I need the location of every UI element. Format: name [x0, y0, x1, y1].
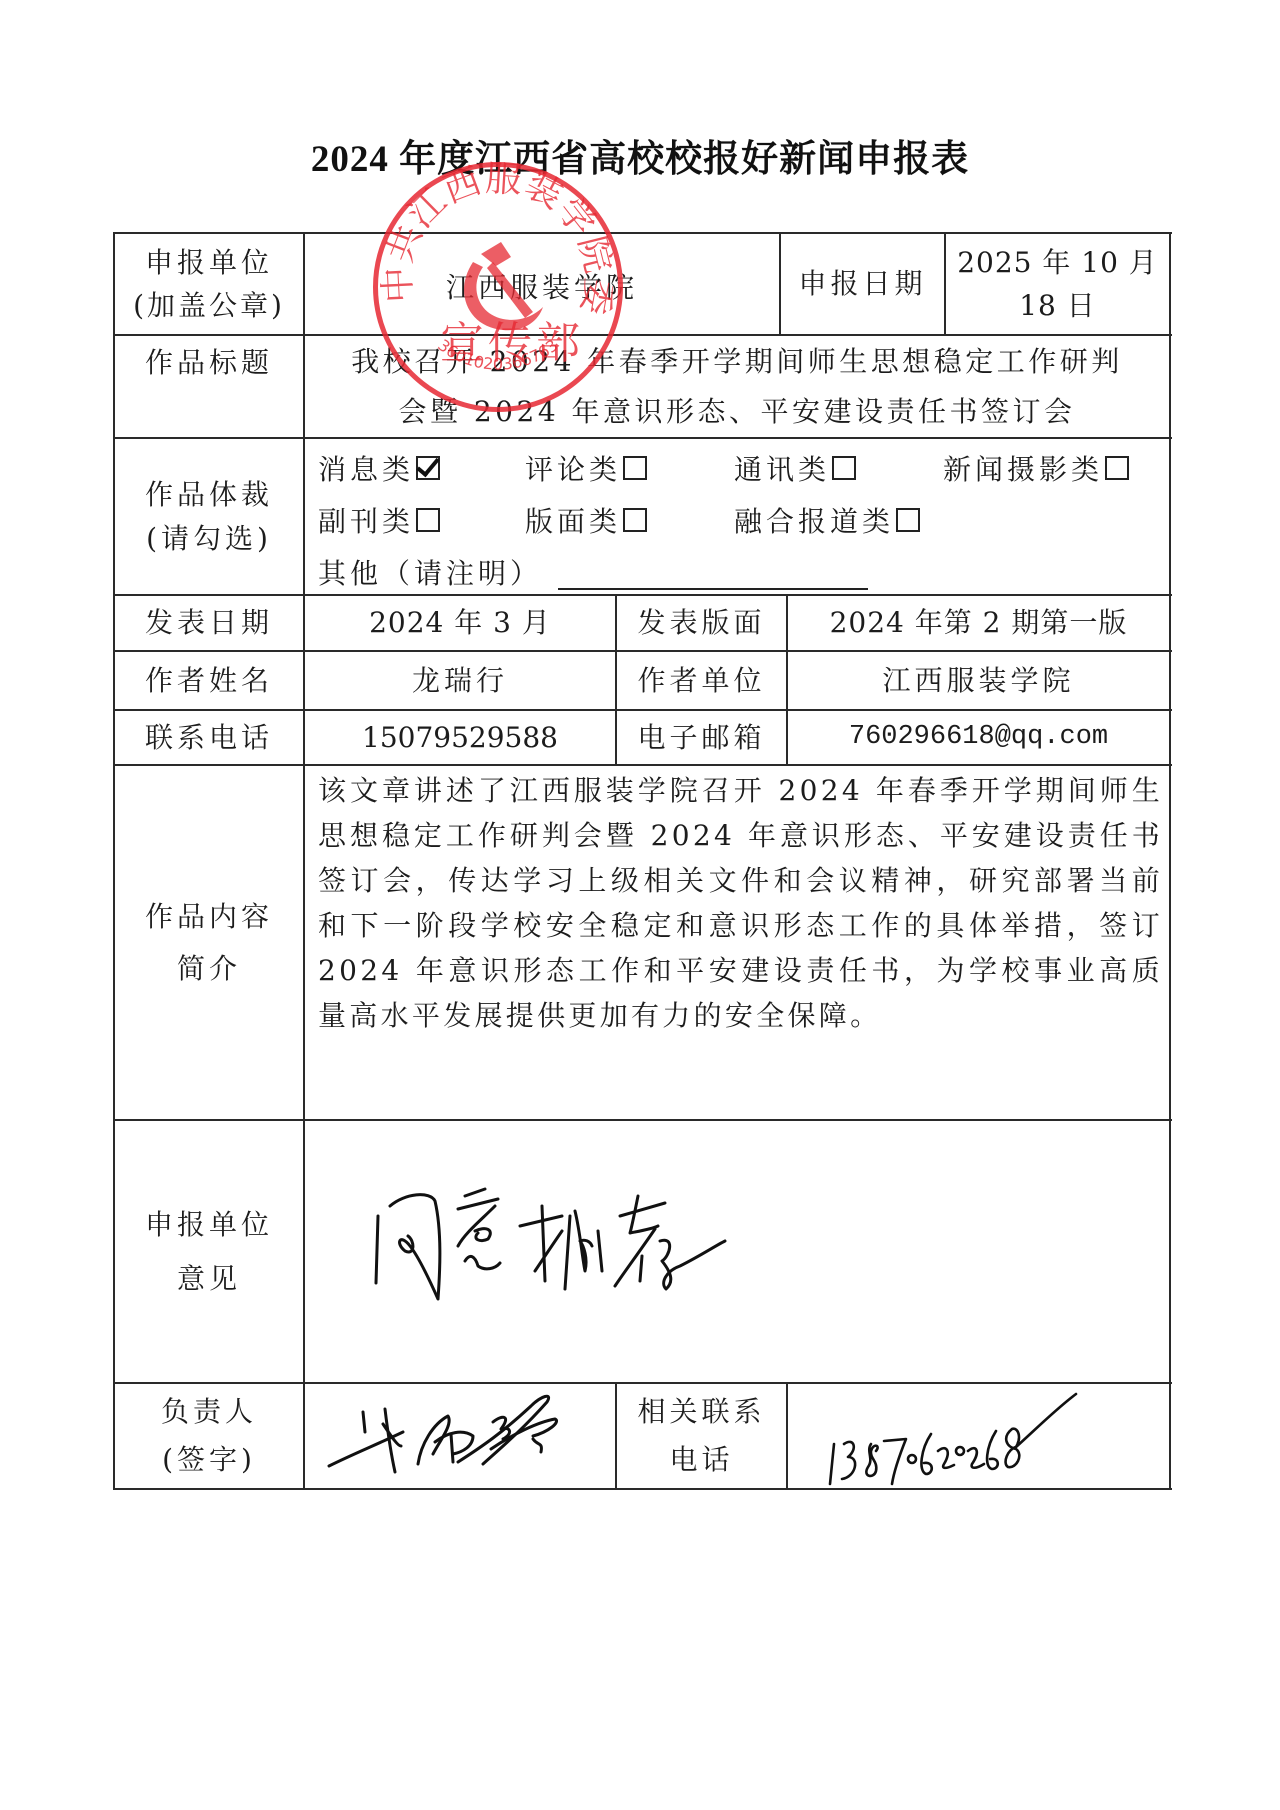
publish-date-value[interactable]: 2024 年 3 月 — [305, 596, 615, 650]
responsible-person-label-line2: (签字) — [162, 1436, 256, 1484]
handwritten-approval-icon — [370, 1171, 770, 1311]
checkbox-icon[interactable] — [623, 508, 647, 532]
genre-option-commentary[interactable]: 评论类 — [525, 448, 647, 488]
contact-phone-label: 相关联系 电话 — [617, 1384, 786, 1488]
responsible-person-label: 负责人 (签字) — [115, 1384, 303, 1488]
genre-option-label: 通讯类 — [734, 453, 830, 486]
responsible-person-signature[interactable] — [305, 1384, 615, 1488]
author-unit-value[interactable]: 江西服装学院 — [788, 652, 1169, 709]
work-title-line1: 我校召开 2024 年春季开学期间师生思想稳定工作研判 — [351, 337, 1123, 387]
unit-opinion-label-line1: 申报单位 — [145, 1198, 273, 1252]
genre-option-label: 新闻摄影类 — [943, 453, 1103, 486]
genre-other-underline — [558, 588, 868, 590]
genre-label: 作品体裁 (请勾选) — [115, 439, 303, 594]
genre-option-correspondence[interactable]: 通讯类 — [734, 448, 856, 488]
application-date-label: 申报日期 — [781, 234, 944, 334]
author-name-label: 作者姓名 — [115, 652, 303, 709]
applicant-unit-value[interactable]: 江西服装学院 — [305, 238, 779, 338]
phone-value[interactable]: 15079529588 — [305, 711, 615, 764]
signature-icon — [323, 1384, 583, 1484]
unit-opinion-value[interactable] — [305, 1121, 1169, 1382]
application-date-line2: 18 日 — [1019, 284, 1096, 327]
genre-option-label: 消息类 — [318, 453, 414, 486]
genre-option-label: 融合报道类 — [734, 505, 894, 538]
unit-opinion-label-line2: 意见 — [177, 1252, 241, 1306]
genre-option-label: 版面类 — [525, 505, 621, 538]
genre-option-label: 评论类 — [525, 453, 621, 486]
genre-option-photojournalism[interactable]: 新闻摄影类 — [943, 448, 1129, 488]
genre-label-line2: (请勾选) — [146, 517, 272, 560]
contact-phone-value[interactable] — [788, 1384, 1169, 1488]
contact-phone-label-line1: 相关联系 — [637, 1388, 765, 1436]
handwritten-phone-icon — [826, 1389, 1086, 1489]
responsible-person-label-line1: 负责人 — [161, 1388, 257, 1436]
author-unit-label: 作者单位 — [617, 652, 786, 709]
work-title-line2: 会暨 2024 年意识形态、平安建设责任书签订会 — [398, 387, 1075, 437]
summary-label: 作品内容 简介 — [115, 766, 303, 1119]
table-border-right — [1169, 232, 1171, 1490]
work-title-label: 作品标题 — [115, 338, 303, 388]
checkbox-checked-icon[interactable] — [416, 456, 440, 480]
applicant-unit-label: 申报单位 (加盖公章) — [115, 234, 303, 334]
unit-opinion-label: 申报单位 意见 — [115, 1121, 303, 1382]
summary-label-line1: 作品内容 — [145, 891, 273, 943]
genre-label-line1: 作品体裁 — [145, 473, 273, 516]
application-date-line1: 2025 年 10 月 — [957, 241, 1158, 284]
email-label: 电子邮箱 — [617, 711, 786, 764]
checkbox-icon[interactable] — [1105, 456, 1129, 480]
publish-date-label: 发表日期 — [115, 596, 303, 650]
contact-phone-label-line2: 电话 — [669, 1436, 733, 1484]
applicant-unit-label-line2: (加盖公章) — [133, 284, 285, 327]
checkbox-icon[interactable] — [416, 508, 440, 532]
genre-option-news[interactable]: 消息类 — [318, 448, 440, 488]
email-value[interactable]: 760296618@qq.com — [788, 711, 1169, 764]
work-title-value[interactable]: 我校召开 2024 年春季开学期间师生思想稳定工作研判 会暨 2024 年意识形… — [305, 336, 1169, 437]
genre-other-label: 其他（请注明） — [318, 552, 542, 592]
genre-option-supplement[interactable]: 副刊类 — [318, 500, 440, 540]
applicant-unit-label-line1: 申报单位 — [145, 241, 273, 284]
genre-option-label: 副刊类 — [318, 505, 414, 538]
phone-label: 联系电话 — [115, 711, 303, 764]
summary-value[interactable]: 该文章讲述了江西服装学院召开 2024 年春季开学期间师生思想稳定工作研判会暨 … — [318, 768, 1163, 1038]
genre-option-layout[interactable]: 版面类 — [525, 500, 647, 540]
summary-label-line2: 简介 — [177, 943, 241, 995]
checkbox-icon[interactable] — [623, 456, 647, 480]
document-title: 2024 年度江西省高校校报好新闻申报表 — [0, 128, 1280, 182]
genre-option-convergence[interactable]: 融合报道类 — [734, 500, 920, 540]
checkbox-icon[interactable] — [832, 456, 856, 480]
application-date-value[interactable]: 2025 年 10 月 18 日 — [946, 234, 1169, 334]
checkbox-icon[interactable] — [896, 508, 920, 532]
publish-page-label: 发表版面 — [617, 596, 786, 650]
author-name-value[interactable]: 龙瑞行 — [305, 652, 615, 709]
genre-other-input[interactable] — [558, 552, 866, 586]
publish-page-value[interactable]: 2024 年第 2 期第一版 — [788, 596, 1169, 650]
